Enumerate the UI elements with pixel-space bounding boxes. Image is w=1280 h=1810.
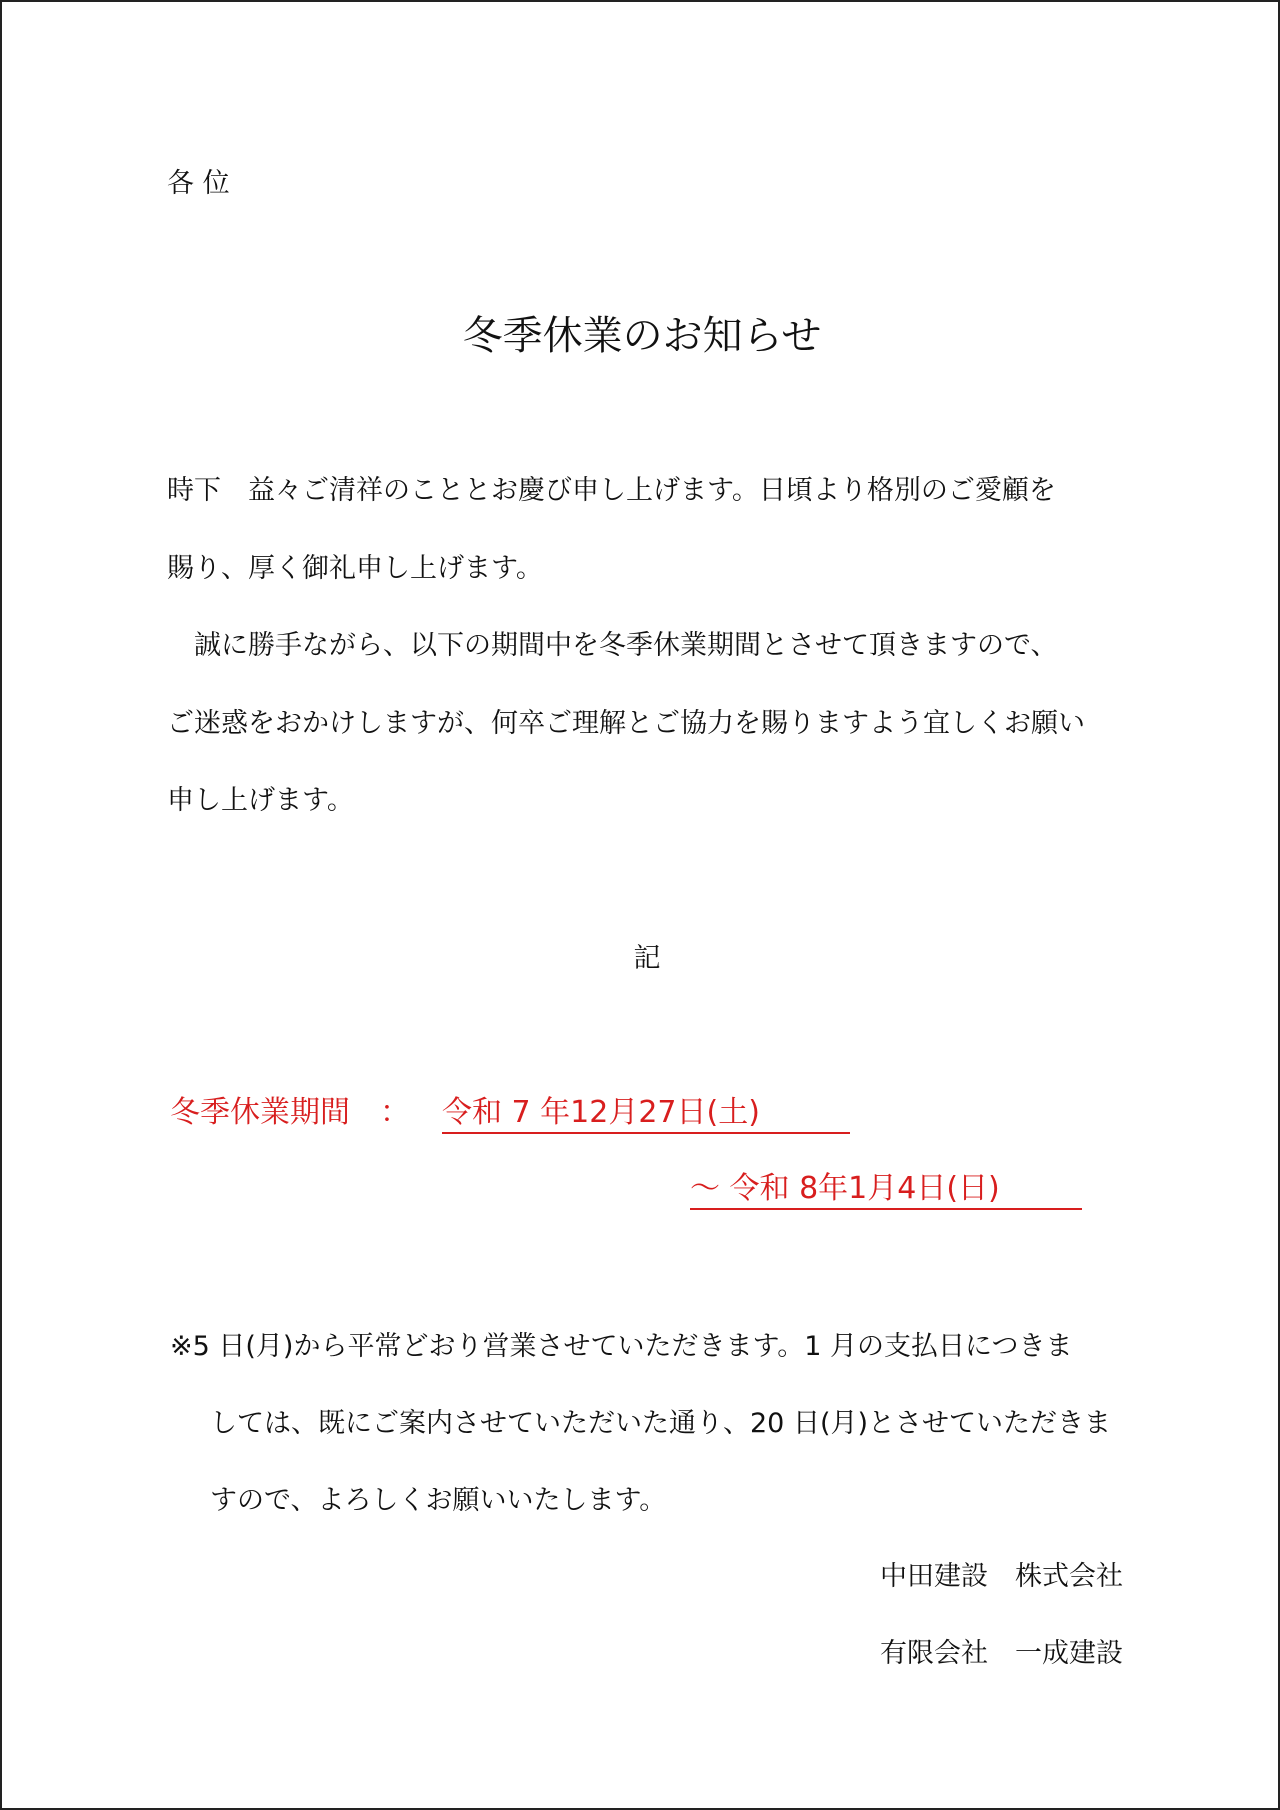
period-start: 令和 7 年12月27日(土)	[442, 1096, 850, 1134]
body-line: ご迷惑をおかけしますが、何卒ご理解とご協力を賜りますよう宜しくお願い	[167, 707, 1085, 741]
body-line: 申し上げます。	[167, 784, 354, 818]
salutation: 各 位	[167, 167, 230, 201]
page-title: 冬季休業のお知らせ	[2, 312, 1280, 360]
document-page: 各 位 冬季休業のお知らせ 時下 益々ご清祥のこととお慶び申し上げます。日頃より…	[0, 0, 1280, 1810]
period-label: 冬季休業期間 ：	[170, 1096, 410, 1130]
ki-heading: 記	[2, 942, 1280, 976]
note-line: すので、よろしくお願いいたします。	[210, 1484, 666, 1518]
note-line: しては、既にご案内させていただいた通り、20 日(月)とさせていただきま	[210, 1407, 1111, 1441]
period-end: ～ 令和 8年1月4日(日)	[690, 1172, 1082, 1210]
note-line: ※5 日(月)から平常どおり営業させていただきます。1 月の支払日につきま	[170, 1330, 1073, 1364]
body-line: 誠に勝手ながら、以下の期間中を冬季休業期間とさせて頂きますので、	[167, 629, 1057, 663]
company-name: 中田建設 株式会社	[880, 1560, 1123, 1594]
body-line: 賜り、厚く御礼申し上げます。	[167, 552, 543, 586]
body-line: 時下 益々ご清祥のこととお慶び申し上げます。日頃より格別のご愛顧を	[167, 474, 1056, 508]
company-name: 有限会社 一成建設	[880, 1637, 1123, 1671]
